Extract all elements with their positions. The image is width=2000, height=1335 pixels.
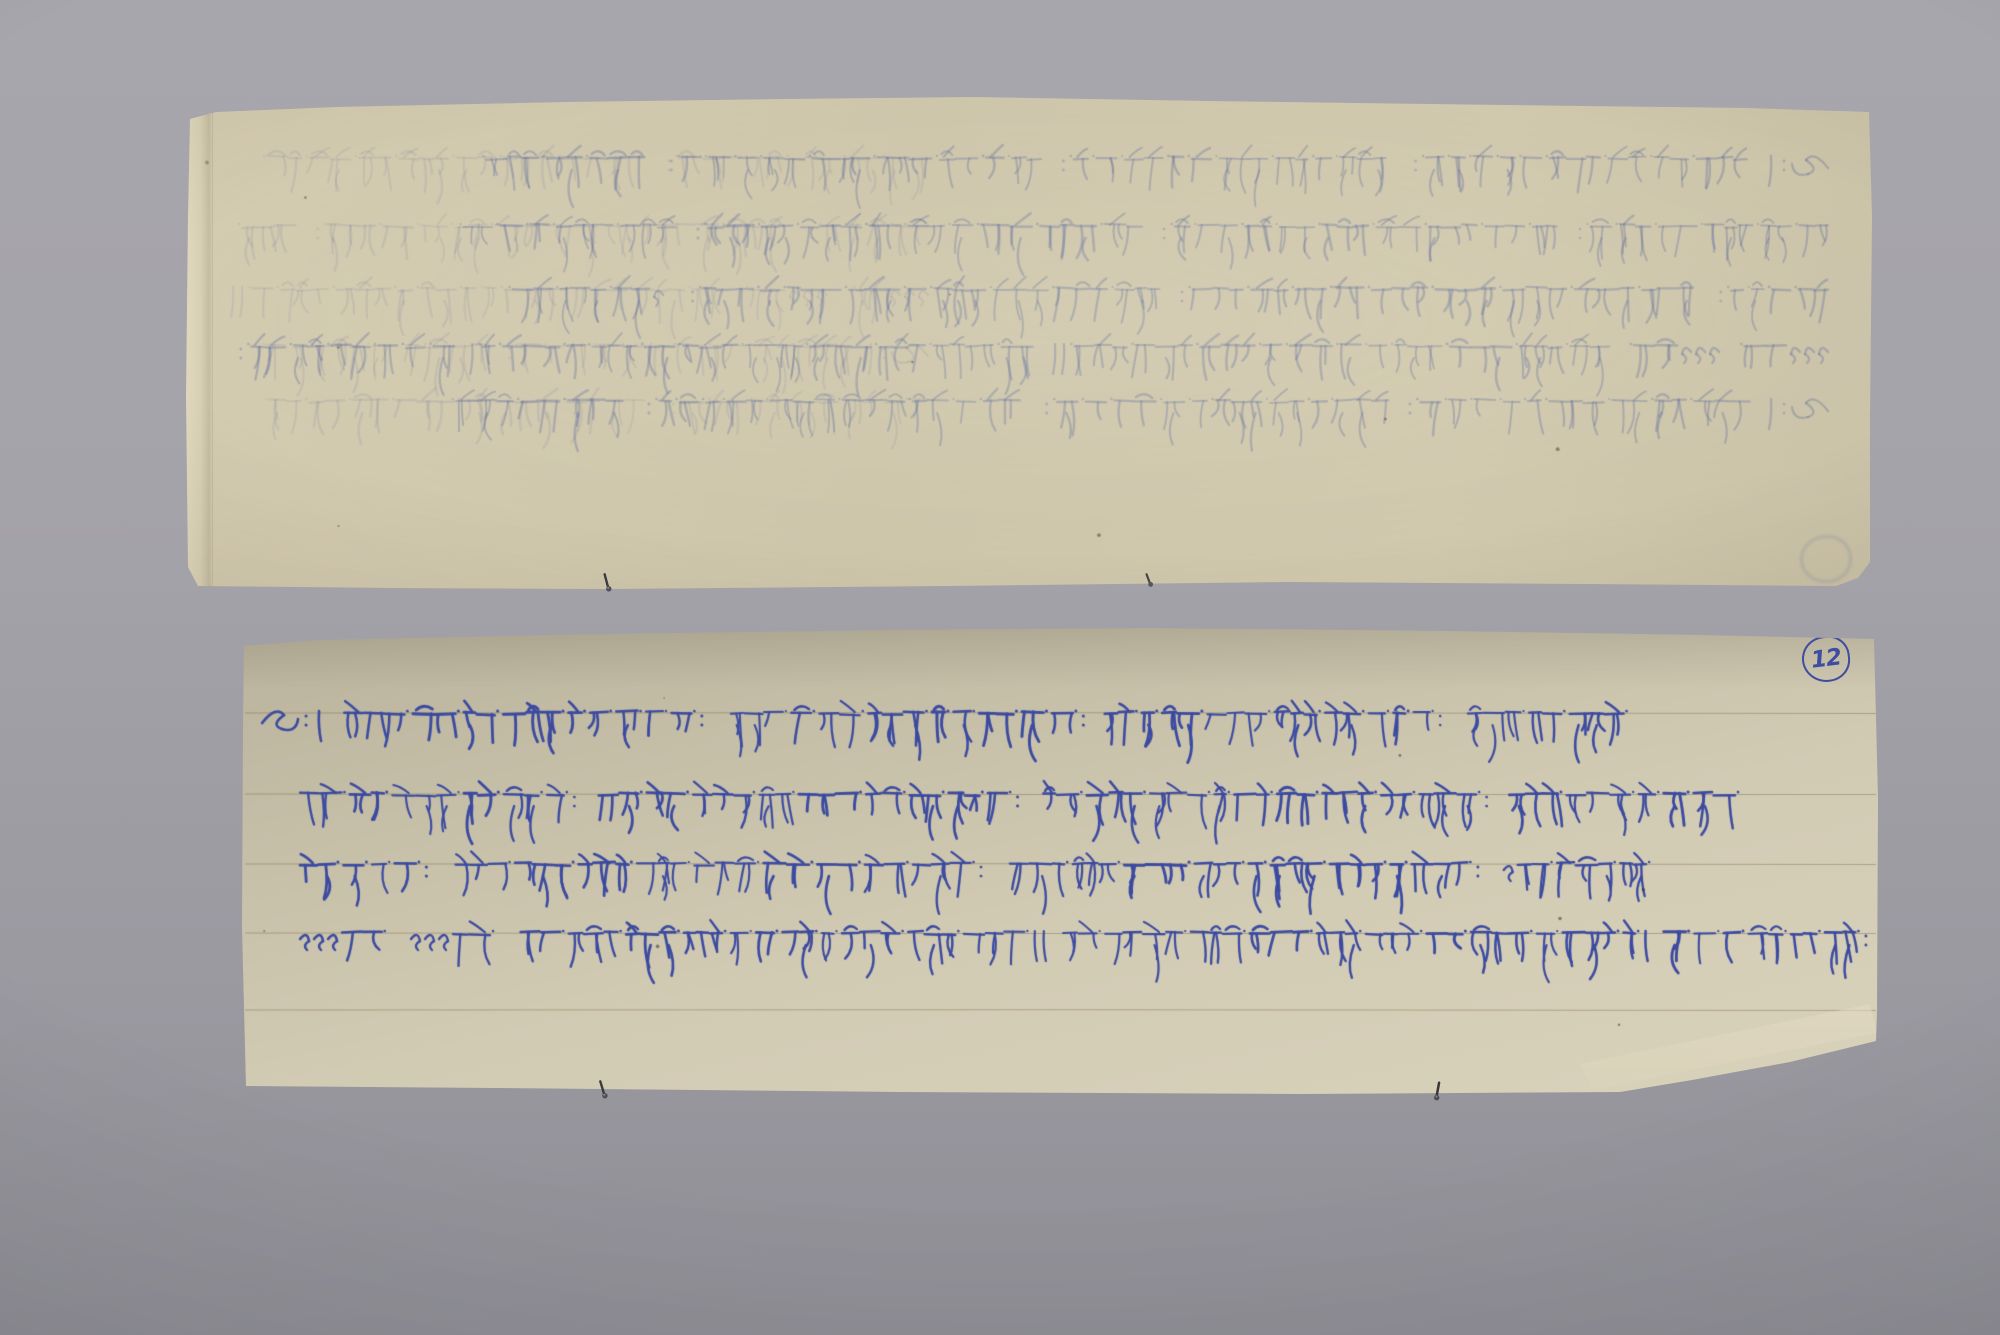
fastener-pin [598,572,618,596]
manuscript-text-canvas [240,628,1880,1094]
paper-sheen [186,97,1876,589]
page-number: 12 [1810,644,1843,673]
paper-top-shadow [240,628,1880,688]
fastener-pin [1141,569,1158,592]
ghost-page-number-circle [1800,535,1852,583]
bottom-folio: 12 ༀ༔། གཞིན་རྗེ་ཆོས་རྒྱལ་སོ་ཀ་ར་ཙ་དང༔ སྒ… [240,628,1880,1094]
photo-of-manuscript: 12 ༀ༔། གཞིན་རྗེ་ཆོས་རྒྱལ་སོ་ཀ་ར་ཙ་དང༔ སྒ… [0,0,2000,1335]
top-folio [186,97,1876,589]
fastener-pin [595,1079,614,1103]
